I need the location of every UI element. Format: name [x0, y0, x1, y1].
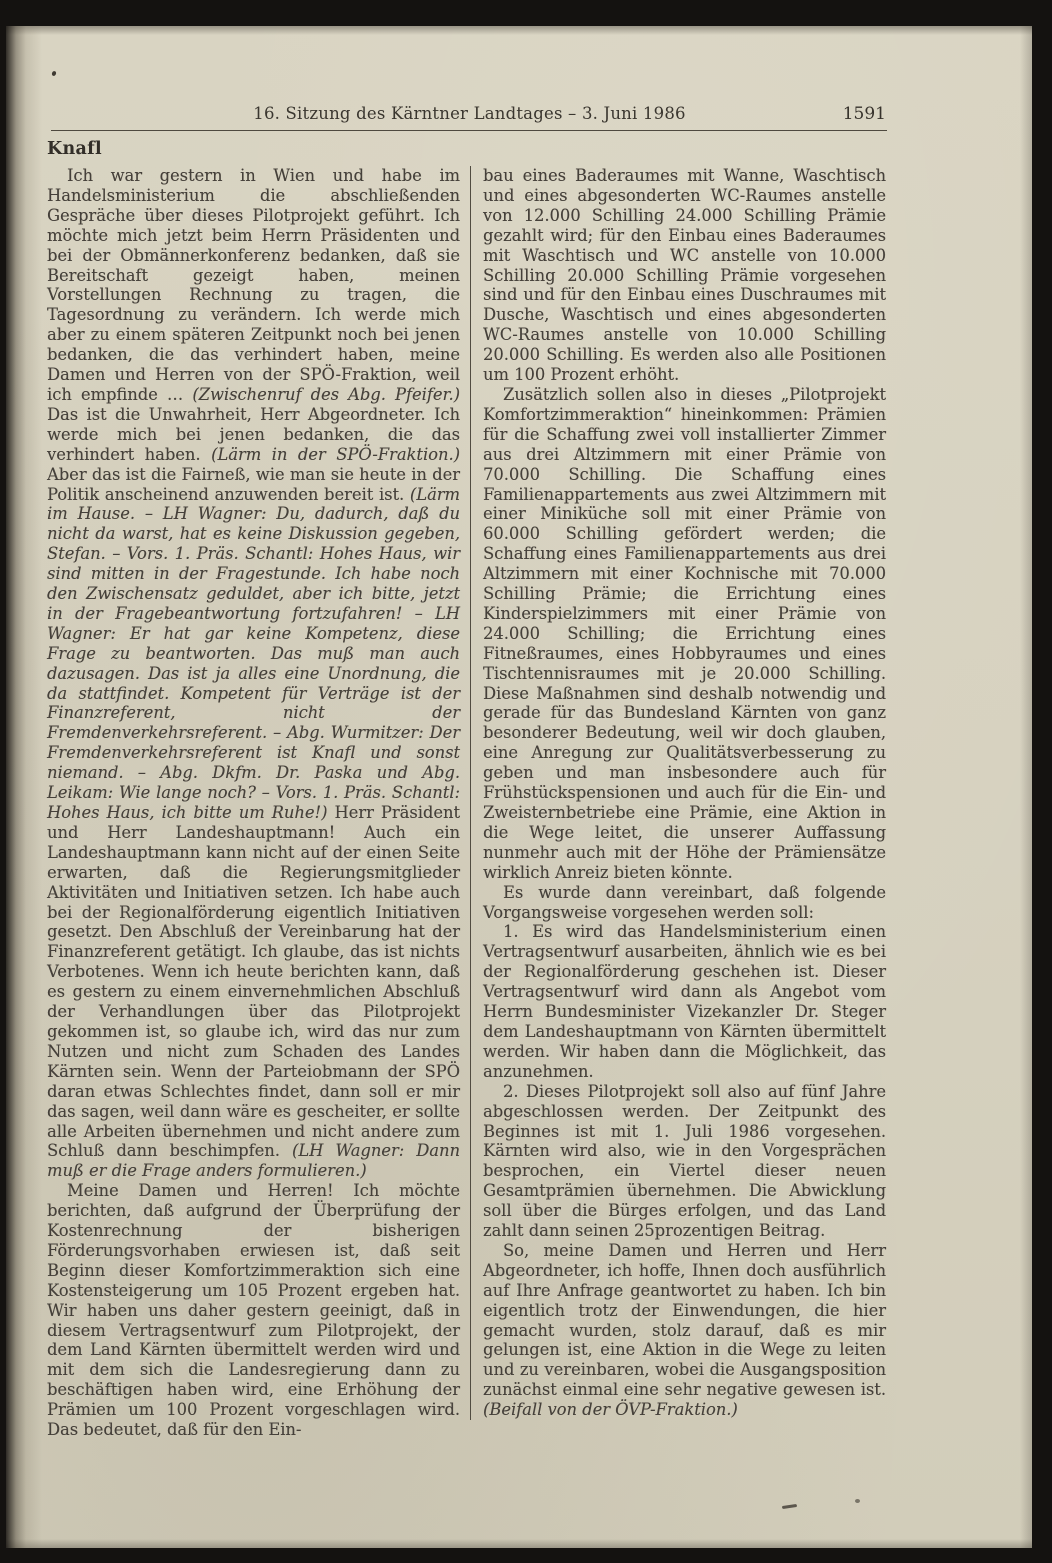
- paragraph: bau eines Baderaumes mit Wanne, Waschtis…: [483, 166, 886, 385]
- speech-text: 1. Es wird das Handelsministerium einen …: [483, 922, 886, 1080]
- speech-text: Zusätzlich sollen also in dieses „Pilotp…: [483, 385, 886, 882]
- paragraph: 2. Dieses Pilotprojekt soll also auf fün…: [483, 1082, 886, 1241]
- speech-text: Es wurde dann vereinbart, daß folgende V…: [483, 883, 886, 922]
- speech-text: 2. Dieses Pilotprojekt soll also auf fün…: [483, 1082, 886, 1240]
- stage-direction-text: (Beifall von der ÖVP-Fraktion.): [483, 1400, 738, 1419]
- document-page: 16. Sitzung des Kärntner Landtages – 3. …: [6, 26, 1032, 1548]
- speech-text: Herr Präsident und Herr Landeshauptmann!…: [47, 803, 460, 1160]
- speech-text: So, meine Damen und Herren und Herr Abge…: [483, 1241, 886, 1399]
- page-number: 1591: [53, 104, 886, 124]
- speech-text: Ich war gestern in Wien und habe im Hand…: [47, 166, 460, 404]
- scan-speck: [855, 1499, 860, 1503]
- right-column: bau eines Baderaumes mit Wanne, Waschtis…: [470, 166, 886, 1420]
- paragraph: So, meine Damen und Herren und Herr Abge…: [483, 1241, 886, 1420]
- stage-direction-text: (Lärm im Hause. – LH Wagner: Du, dadurch…: [47, 485, 460, 823]
- left-column: Ich war gestern in Wien und habe im Hand…: [47, 166, 460, 1440]
- stage-direction-text: (Lärm in der SPÖ-Fraktion.): [211, 445, 460, 464]
- paragraph: Meine Damen und Herren! Ich möchte beric…: [47, 1181, 460, 1440]
- paragraph: Es wurde dann vereinbart, daß folgende V…: [483, 883, 886, 923]
- speech-text: Meine Damen und Herren! Ich möchte beric…: [47, 1181, 460, 1439]
- text-columns: Ich war gestern in Wien und habe im Hand…: [47, 166, 886, 1440]
- header-rule: [51, 130, 887, 131]
- speaker-name: Knafl: [47, 139, 102, 159]
- speech-text: bau eines Baderaumes mit Wanne, Waschtis…: [483, 166, 886, 384]
- paragraph: Ich war gestern in Wien und habe im Hand…: [47, 166, 460, 1181]
- scanned-page-background: 16. Sitzung des Kärntner Landtages – 3. …: [0, 0, 1052, 1563]
- scan-speck: [782, 1504, 797, 1509]
- paragraph: 1. Es wird das Handelsministerium einen …: [483, 922, 886, 1081]
- paragraph: Zusätzlich sollen also in dieses „Pilotp…: [483, 385, 886, 883]
- stage-direction-text: (Zwischenruf des Abg. Pfeifer.): [192, 385, 460, 404]
- speech-text: Aber das ist die Fairneß, wie man sie he…: [47, 465, 460, 504]
- scan-speck: [51, 70, 57, 76]
